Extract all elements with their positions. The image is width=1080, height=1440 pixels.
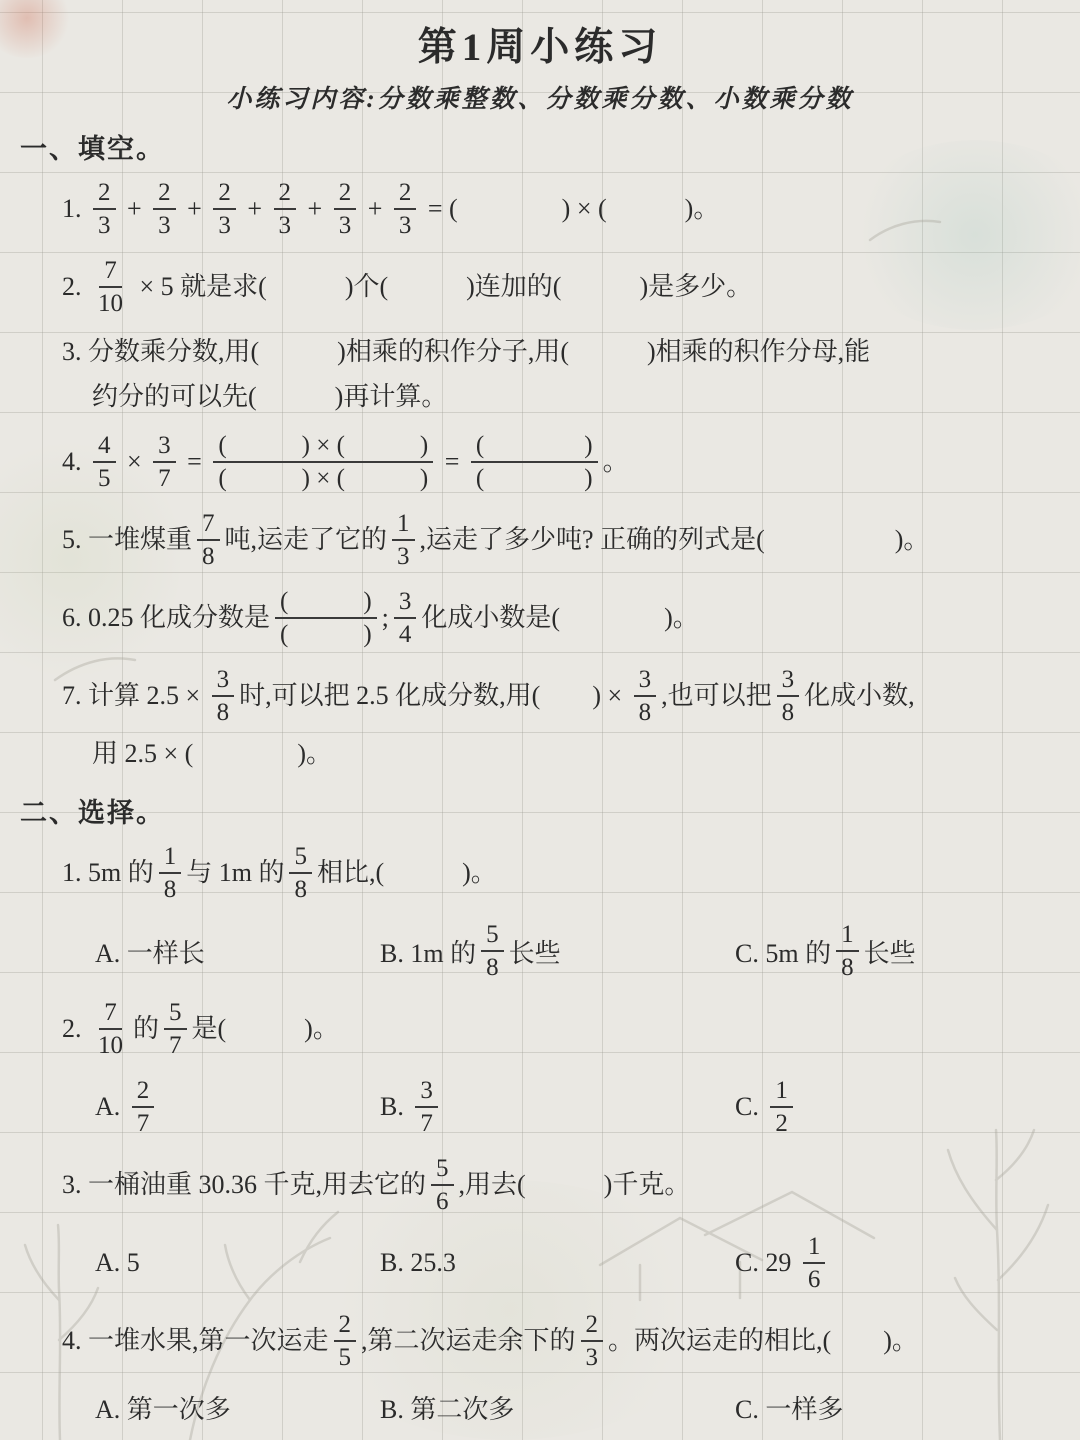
text-run: A. 5: [95, 1248, 140, 1278]
fraction: 38: [777, 666, 800, 726]
fraction-numerator: 3: [212, 666, 235, 697]
fraction: 23: [334, 179, 357, 239]
fraction: 58: [289, 843, 312, 903]
choice-option: A. 27: [95, 1077, 380, 1137]
text-run: ;: [382, 601, 389, 635]
text-run: 是( )。: [192, 1012, 339, 1046]
fraction-numerator: 2: [213, 179, 236, 210]
section2-questions: 1. 5m 的18与 1m 的58相比,( )。A. 一样长B. 1m 的58长…: [0, 834, 1080, 1435]
fraction-numerator: 3: [394, 588, 417, 619]
fraction-denominator: 5: [334, 1342, 357, 1371]
fraction-denominator: 3: [93, 210, 116, 239]
choice-question-line: 3. 一桶油重 30.36 千克,用去它的56,用去( )千克。: [0, 1146, 1080, 1224]
text-run: 约分的可以先( )再计算。: [92, 380, 447, 414]
text-run: ×: [121, 445, 149, 479]
fraction-denominator: 8: [197, 541, 220, 570]
fraction-numerator: ( ): [275, 588, 377, 619]
fraction-denominator: 3: [274, 210, 297, 239]
text-run: 化成小数,: [804, 679, 915, 713]
text-run: B. 1m 的: [380, 933, 476, 970]
fraction: 25: [334, 1311, 357, 1371]
fraction-numerator: 5: [164, 999, 187, 1030]
fraction-denominator: 3: [581, 1342, 604, 1371]
fraction: ( )( ): [275, 588, 377, 648]
fraction: 34: [394, 588, 417, 648]
text-run: 。: [603, 445, 629, 479]
choice-question-line: 2. 710的57是( )。: [0, 990, 1080, 1068]
fraction-numerator: 2: [394, 179, 417, 210]
page-title: 第1周小练习: [0, 16, 1080, 72]
choice-option: C. 12: [735, 1077, 1066, 1137]
fill-blank-question-line: 用 2.5 × ( )。: [0, 735, 1080, 780]
fraction-numerator: 3: [777, 666, 800, 697]
text-run: +: [301, 192, 329, 226]
fraction-numerator: 1: [159, 843, 182, 874]
fraction: 38: [212, 666, 235, 726]
fraction: 23: [394, 179, 417, 239]
fraction-denominator: 10: [93, 1030, 128, 1059]
text-run: 2.: [62, 1012, 88, 1046]
fraction-denominator: 3: [153, 210, 176, 239]
fraction: 58: [481, 921, 504, 981]
text-run: 1.: [62, 192, 88, 226]
section1-heading: 一、填空。: [0, 115, 1080, 170]
fraction-numerator: 1: [770, 1077, 793, 1108]
choice-option: B. 第二次多: [380, 1389, 735, 1426]
choice-option: A. 一样长: [95, 933, 380, 970]
choice-options-row: A. 27B. 37C. 12: [0, 1068, 1080, 1146]
fraction: ( ) × ( )( ) × ( ): [213, 432, 433, 492]
fraction-denominator: 8: [777, 697, 800, 726]
text-run: C. 29: [735, 1248, 798, 1278]
text-run: C.: [735, 1092, 765, 1122]
fraction: 78: [197, 510, 220, 570]
text-run: A. 第一次多: [95, 1389, 231, 1426]
fraction: 38: [634, 666, 657, 726]
fraction-numerator: 1: [836, 921, 859, 952]
fraction-denominator: 7: [153, 463, 176, 492]
fraction-numerator: 3: [153, 432, 176, 463]
fraction-numerator: 2: [581, 1311, 604, 1342]
fraction: ( )( ): [471, 432, 598, 492]
text-run: × 5 就是求( )个( )连加的( )是多少。: [133, 270, 752, 304]
fraction-denominator: 6: [431, 1186, 454, 1215]
text-run: A.: [95, 1092, 127, 1122]
fraction-numerator: ( ): [471, 432, 598, 463]
fraction: 57: [164, 999, 187, 1059]
text-run: 3. 分数乘分数,用( )相乘的积作分子,用( )相乘的积作分母,能: [62, 335, 870, 369]
text-run: B. 第二次多: [380, 1389, 514, 1426]
text-run: C. 一样多: [735, 1389, 843, 1426]
text-run: 4.: [62, 445, 88, 479]
fraction: 23: [274, 179, 297, 239]
fill-blank-question-line: 1. 23 + 23 + 23 + 23 + 23 + 23 = ( ) × (…: [0, 170, 1080, 248]
fraction-denominator: ( ) × ( ): [213, 463, 433, 492]
choice-option: A. 第一次多: [95, 1389, 380, 1426]
text-run: +: [361, 192, 389, 226]
fraction: 23: [213, 179, 236, 239]
text-run: 3. 一桶油重 30.36 千克,用去它的: [62, 1168, 426, 1202]
text-run: ,运走了多少吨? 正确的列式是( )。: [420, 523, 930, 557]
text-run: 。两次运走的相比,( )。: [608, 1324, 918, 1358]
fraction-numerator: 1: [803, 1233, 826, 1264]
fraction-numerator: 7: [99, 999, 122, 1030]
fraction-numerator: 2: [93, 179, 116, 210]
text-run: ,用去( )千克。: [459, 1168, 691, 1202]
fraction-numerator: 1: [392, 510, 415, 541]
fraction-denominator: ( ): [471, 463, 598, 492]
text-run: 5. 一堆煤重: [62, 523, 192, 557]
fraction-denominator: 2: [770, 1108, 793, 1137]
text-run: 长些: [864, 933, 916, 970]
fraction-numerator: 2: [334, 1311, 357, 1342]
fraction-denominator: 3: [394, 210, 417, 239]
choice-option: B. 1m 的58长些: [380, 921, 735, 981]
fraction-denominator: 7: [415, 1108, 438, 1137]
fraction-numerator: 5: [431, 1155, 454, 1186]
fraction-numerator: 5: [481, 921, 504, 952]
fill-blank-question-line: 2. 710 × 5 就是求( )个( )连加的( )是多少。: [0, 248, 1080, 326]
fraction: 710: [93, 999, 128, 1059]
text-run: = ( ) × ( )。: [421, 192, 719, 226]
fraction-numerator: 7: [197, 510, 220, 541]
choice-options-row: A. 第一次多B. 第二次多C. 一样多: [0, 1380, 1080, 1435]
text-run: 2.: [62, 270, 88, 304]
fraction-numerator: ( ) × ( ): [213, 432, 433, 463]
fraction-numerator: 2: [153, 179, 176, 210]
fraction: 56: [431, 1155, 454, 1215]
text-run: ,也可以把: [661, 679, 772, 713]
fraction-denominator: 8: [836, 952, 859, 981]
fraction-denominator: 8: [481, 952, 504, 981]
text-run: +: [181, 192, 209, 226]
text-run: 时,可以把 2.5 化成分数,用( ) ×: [239, 679, 628, 713]
text-run: 与 1m 的: [186, 856, 284, 890]
text-run: =: [438, 445, 466, 479]
fill-blank-question-line: 3. 分数乘分数,用( )相乘的积作分子,用( )相乘的积作分母,能: [0, 326, 1080, 378]
choice-option: B. 37: [380, 1077, 735, 1137]
fraction: 37: [153, 432, 176, 492]
fraction: 18: [159, 843, 182, 903]
fraction: 23: [581, 1311, 604, 1371]
text-run: 长些: [509, 933, 561, 970]
fraction-denominator: 8: [212, 697, 235, 726]
fraction-denominator: ( ): [275, 619, 377, 648]
fraction-numerator: 3: [634, 666, 657, 697]
fraction-denominator: 5: [93, 463, 116, 492]
choice-option: A. 5: [95, 1248, 380, 1278]
choice-options-row: A. 5B. 25.3C. 29 16: [0, 1224, 1080, 1302]
text-run: 1. 5m 的: [62, 856, 154, 890]
fraction: 710: [93, 257, 128, 317]
fraction-numerator: 4: [93, 432, 116, 463]
text-run: B. 25.3: [380, 1248, 456, 1278]
fill-blank-question-line: 7. 计算 2.5 × 38时,可以把 2.5 化成分数,用( ) × 38,也…: [0, 657, 1080, 735]
choice-options-row: A. 一样长B. 1m 的58长些C. 5m 的18长些: [0, 912, 1080, 990]
fraction-numerator: 2: [132, 1077, 155, 1108]
choice-option: C. 一样多: [735, 1389, 1066, 1426]
text-run: 相比,( )。: [317, 856, 497, 890]
fraction-denominator: 7: [132, 1108, 155, 1137]
text-run: B.: [380, 1092, 410, 1122]
fraction-denominator: 8: [289, 874, 312, 903]
worksheet-content: 第1周小练习 小练习内容:分数乘整数、分数乘分数、小数乘分数 一、填空。 1. …: [0, 0, 1080, 1435]
fraction: 23: [153, 179, 176, 239]
fill-blank-question-line: 约分的可以先( )再计算。: [0, 378, 1080, 423]
fraction-numerator: 7: [99, 257, 122, 288]
fraction-denominator: 3: [213, 210, 236, 239]
fraction: 13: [392, 510, 415, 570]
text-run: C. 5m 的: [735, 933, 831, 970]
text-run: A. 一样长: [95, 933, 205, 970]
choice-question-line: 1. 5m 的18与 1m 的58相比,( )。: [0, 834, 1080, 912]
choice-option: C. 29 16: [735, 1233, 1066, 1293]
choice-option: C. 5m 的18长些: [735, 921, 1066, 981]
fraction-denominator: 4: [394, 619, 417, 648]
fraction: 45: [93, 432, 116, 492]
fraction: 16: [803, 1233, 826, 1293]
fraction-denominator: 8: [159, 874, 182, 903]
fill-blank-question-line: 6. 0.25 化成分数是( )( );34化成小数是( )。: [0, 579, 1080, 657]
text-run: ,第二次运走余下的: [361, 1324, 576, 1358]
section1-questions: 1. 23 + 23 + 23 + 23 + 23 + 23 = ( ) × (…: [0, 170, 1080, 779]
fraction-denominator: 6: [803, 1264, 826, 1293]
fraction-denominator: 3: [392, 541, 415, 570]
fraction: 18: [836, 921, 859, 981]
section2-heading: 二、选择。: [0, 779, 1080, 834]
fraction: 12: [770, 1077, 793, 1137]
text-run: +: [121, 192, 149, 226]
text-run: +: [241, 192, 269, 226]
text-run: 吨,运走了它的: [225, 523, 388, 557]
choice-question-line: 4. 一堆水果,第一次运走25,第二次运走余下的23。两次运走的相比,( )。: [0, 1302, 1080, 1380]
fraction-denominator: 10: [93, 288, 128, 317]
choice-option: B. 25.3: [380, 1248, 735, 1278]
fraction-numerator: 2: [334, 179, 357, 210]
fraction-numerator: 2: [274, 179, 297, 210]
fill-blank-question-line: 4. 45 × 37 = ( ) × ( )( ) × ( ) = ( )( )…: [0, 423, 1080, 501]
fraction: 27: [132, 1077, 155, 1137]
fraction-denominator: 7: [164, 1030, 187, 1059]
fill-blank-question-line: 5. 一堆煤重78吨,运走了它的13,运走了多少吨? 正确的列式是( )。: [0, 501, 1080, 579]
text-run: 7. 计算 2.5 ×: [62, 679, 207, 713]
text-run: 6. 0.25 化成分数是: [62, 601, 270, 635]
text-run: 化成小数是( )。: [421, 601, 698, 635]
text-run: 用 2.5 × ( )。: [92, 737, 332, 771]
fraction-numerator: 3: [415, 1077, 438, 1108]
page-subtitle: 小练习内容:分数乘整数、分数乘分数、小数乘分数: [0, 79, 1080, 115]
fraction: 23: [93, 179, 116, 239]
fraction-denominator: 8: [634, 697, 657, 726]
text-run: 的: [133, 1012, 159, 1046]
fraction-numerator: 5: [289, 843, 312, 874]
fraction: 37: [415, 1077, 438, 1137]
worksheet-page: 第1周小练习 小练习内容:分数乘整数、分数乘分数、小数乘分数 一、填空。 1. …: [0, 0, 1080, 1440]
text-run: =: [181, 445, 209, 479]
text-run: 4. 一堆水果,第一次运走: [62, 1324, 329, 1358]
fraction-denominator: 3: [334, 210, 357, 239]
